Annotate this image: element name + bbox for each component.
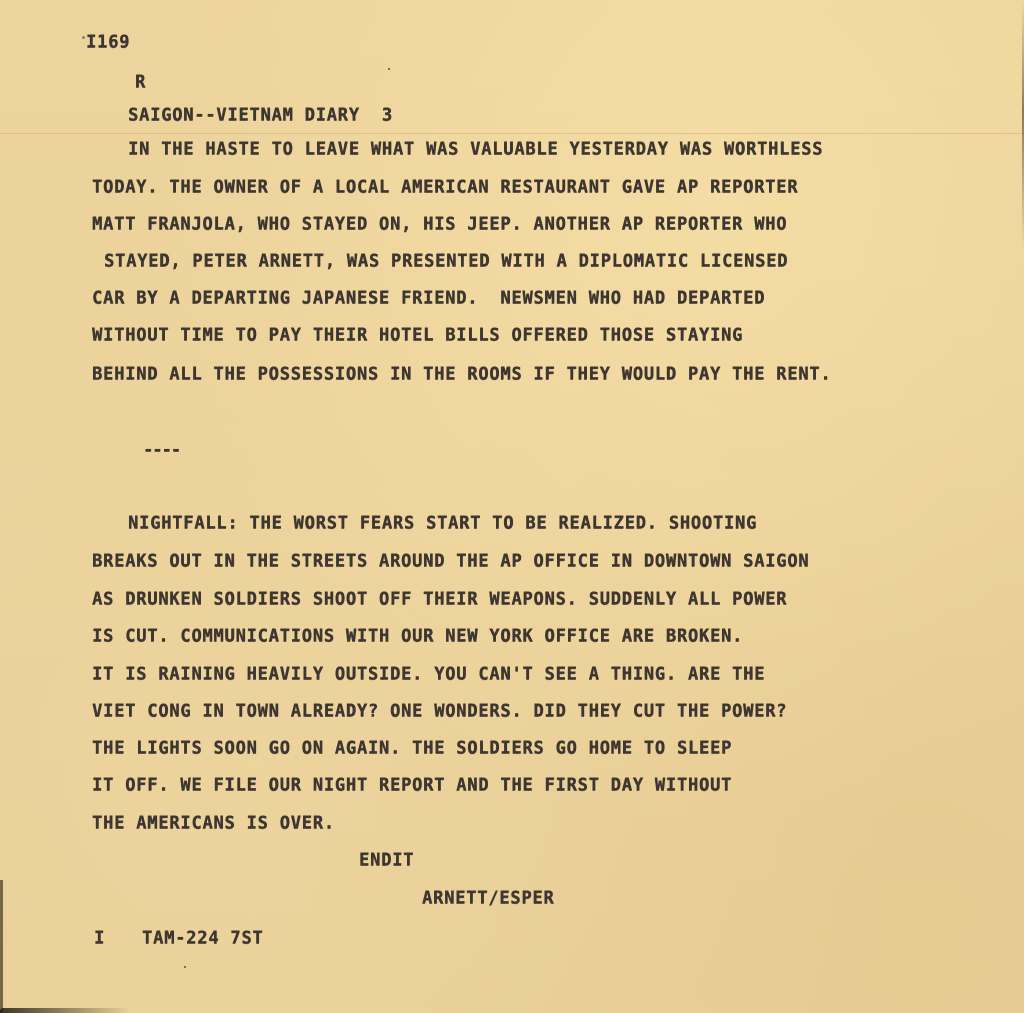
paragraph-line: IN THE HASTE TO LEAVE WHAT WAS VALUABLE … [128,139,823,160]
paragraph-line: BEHIND ALL THE POSSESSIONS IN THE ROOMS … [92,364,831,385]
byline: ARNETT/ESPER [422,888,554,909]
paper-bottom-edge-strip [0,1008,130,1013]
paragraph-line: BREAKS OUT IN THE STREETS AROUND THE AP … [92,551,809,572]
ink-speck [184,966,186,968]
paragraph-line: CAR BY A DEPARTING JAPANESE FRIEND. NEWS… [92,288,765,309]
paragraph-line: STAYED, PETER ARNETT, WAS PRESENTED WITH… [104,251,788,272]
paragraph-line: WITHOUT TIME TO PAY THEIR HOTEL BILLS OF… [92,325,743,346]
paragraph-line: AS DRUNKEN SOLDIERS SHOOT OFF THEIR WEAP… [92,589,787,610]
paragraph-line: NIGHTFALL: THE WORST FEARS START TO BE R… [128,513,757,534]
paragraph-line: MATT FRANJOLA, WHO STAYED ON, HIS JEEP. … [92,214,787,235]
message-number: I169 [86,32,130,53]
endit-marker: ENDIT [359,850,414,871]
paragraph-line: THE LIGHTS SOON GO ON AGAIN. THE SOLDIER… [92,738,732,759]
paragraph-line: TODAY. THE OWNER OF A LOCAL AMERICAN RES… [92,177,798,198]
paper-fold-line [0,133,1024,134]
ink-speck [388,68,390,70]
paragraph-line: IT OFF. WE FILE OUR NIGHT REPORT AND THE… [92,775,732,796]
paragraph-line: IT IS RAINING HEAVILY OUTSIDE. YOU CAN'T… [92,664,765,685]
priority-code: R [135,72,146,93]
ink-speck [82,36,85,39]
footer-code: I [94,928,105,949]
paragraph-line: THE AMERICANS IS OVER. [92,813,335,834]
paragraph-line: VIET CONG IN TOWN ALREADY? ONE WONDERS. … [92,701,787,722]
transmission-time: TAM-224 7ST [142,928,263,949]
paragraph-line: IS CUT. COMMUNICATIONS WITH OUR NEW YORK… [92,626,743,647]
story-slug: SAIGON--VIETNAM DIARY 3 [128,105,393,126]
paper-left-edge-shadow [0,880,3,1013]
section-separator: ---- [143,440,180,461]
